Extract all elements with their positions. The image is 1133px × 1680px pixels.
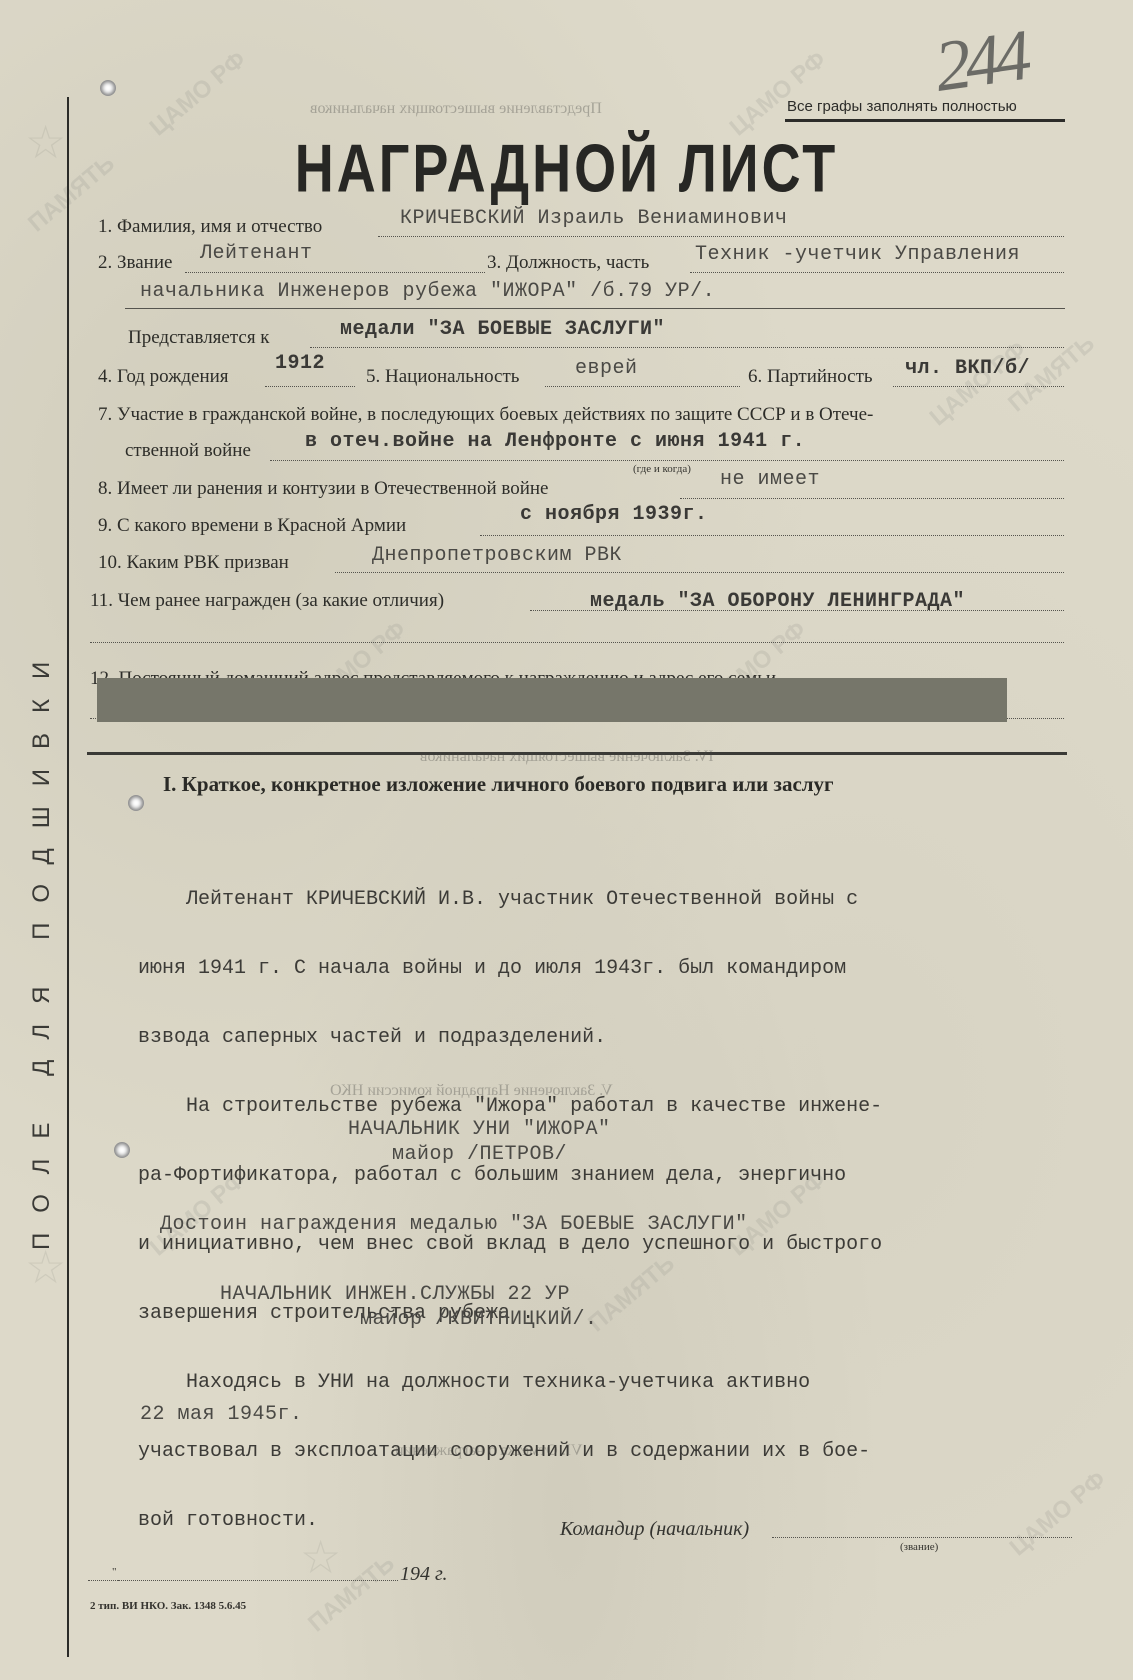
watermark-tsamo: ЦАМО РФ [925, 336, 1032, 432]
fill-instruction: Все графы заполнять полностью [787, 98, 1017, 115]
field-11-line2 [90, 642, 1064, 643]
field-1-label: 1. Фамилия, имя и отчество [98, 216, 322, 238]
field-8-label: 8. Имеет ли ранения и контузии в Отечест… [98, 478, 548, 500]
field-6-line [893, 386, 1064, 387]
field-2-line [185, 272, 485, 273]
field-11-value[interactable]: медаль "ЗА ОБОРОНУ ЛЕНИНГРАДА" [590, 590, 965, 613]
field-9-label: 9. С какого времени в Красной Армии [98, 515, 406, 537]
field-9-value[interactable]: с ноября 1939г. [520, 503, 708, 526]
field-2-label: 2. Звание [98, 252, 172, 274]
nominated-label: Представляется к [128, 327, 270, 349]
field-3-line [690, 272, 1064, 273]
narrative-line: и инициативно, чем внес свой вклад в дел… [138, 1233, 882, 1256]
field-9-line [480, 535, 1064, 536]
narrative-line: июня 1941 г. С начала войны и до июля 19… [138, 957, 882, 980]
field-6-label: 6. Партийность [748, 366, 873, 388]
document-date: 22 мая 1945г. [140, 1403, 303, 1426]
field-3-line2 [125, 308, 1065, 309]
mirrored-bleed-text: VI. Отметка о награждении [395, 1442, 583, 1460]
field-7-value[interactable]: в отеч.войне на Ленфронте с июня 1941 г. [305, 430, 805, 453]
binding-margin-label: ПОЛЕ ДЛЯ ПОДШИВКИ [28, 642, 56, 1250]
signature-2-name: майор /КВИТНИЦКИЙ/. [360, 1308, 598, 1331]
narrative-line: взвода саперных частей и подразделений. [138, 1026, 882, 1049]
field-8-value[interactable]: не имеет [720, 468, 820, 491]
commander-label: Командир (начальник) [560, 1518, 749, 1541]
section-1-heading: I. Краткое, конкретное изложение личного… [163, 772, 834, 797]
redacted-address-block [97, 678, 1007, 722]
date-year-suffix: 194 г. [400, 1563, 448, 1586]
field-7-label: 7. Участие в гражданской войне, в послед… [98, 404, 873, 426]
field-10-value[interactable]: Днепропетровским РВК [372, 544, 622, 567]
signature-1-name: майор /ПЕТРОВ/ [392, 1143, 567, 1166]
mirrored-bleed-text: IV. Заключение вышестоящих начальников [420, 748, 714, 766]
watermark-tsamo: ЦАМО РФ [145, 46, 252, 142]
signature-2-title: НАЧАЛЬНИК ИНЖЕН.СЛУЖБЫ 22 УР [220, 1283, 570, 1306]
field-1-line [378, 236, 1064, 237]
field-4-label: 4. Год рождения [98, 366, 229, 388]
narrative-line: Лейтенант КРИЧЕВСКИЙ И.В. участник Отече… [138, 888, 882, 911]
field-10-line [335, 572, 1064, 573]
mirrored-bleed-text: V. Заключение Наградной комиссии НКО [330, 1082, 613, 1100]
watermark-tsamo: ЦАМО РФ [725, 46, 832, 142]
field-8-line [680, 498, 1064, 499]
rank-hint: (звание) [900, 1541, 938, 1553]
field-3-value[interactable]: Техник -учетчик Управления [695, 243, 1020, 266]
archive-number-handwritten: 244 [930, 14, 1031, 109]
document-title: НАГРАДНОЙ ЛИСТ [0, 130, 1133, 208]
narrative-line: Находясь в УНИ на должности техника-учет… [138, 1371, 882, 1394]
signature-1-title: НАЧАЛЬНИК УНИ "ИЖОРА" [348, 1118, 611, 1141]
commander-line [772, 1537, 1072, 1538]
narrative-line: ра-Фортификатора, работал с большим знан… [138, 1164, 882, 1187]
field-5-line [545, 386, 740, 387]
field-5-label: 5. Национальность [366, 366, 519, 388]
nominated-line [310, 347, 1064, 348]
binding-margin-line [67, 97, 69, 1657]
field-2-value[interactable]: Лейтенант [200, 242, 313, 265]
field-7-label-line2: ственной войне [125, 440, 251, 462]
punch-hole [100, 80, 116, 96]
field-5-value[interactable]: еврей [575, 357, 638, 380]
watermark-pamyat: ПАМЯТЬ [303, 1550, 400, 1638]
punch-hole [128, 795, 144, 811]
field-1-value[interactable]: КРИЧЕВСКИЙ Израиль Вениаминович [400, 207, 788, 230]
date-month-line [118, 1580, 398, 1581]
field-4-line [265, 386, 355, 387]
instruction-underline [785, 119, 1065, 122]
date-quote-mark: " [112, 1566, 117, 1578]
field-4-value[interactable]: 1912 [275, 352, 325, 375]
nominated-value[interactable]: медали "ЗА БОЕВЫЕ ЗАСЛУГИ" [340, 318, 665, 341]
field-11-label: 11. Чем ранее награжден (за какие отличи… [90, 590, 444, 612]
punch-hole [114, 1142, 130, 1158]
field-7-hint: (где и когда) [633, 463, 691, 475]
mirrored-bleed-text: Представление вышестоящих начальников [310, 100, 602, 118]
printer-mark: 2 тип. ВИ НКО. Зак. 1348 5.6.45 [90, 1600, 246, 1612]
narrative-line: вой готовности. [138, 1509, 882, 1532]
field-6-value[interactable]: чл. ВКП/б/ [905, 357, 1030, 380]
field-3-value-line2[interactable]: начальника Инженеров рубежа "ИЖОРА" /б.7… [140, 280, 715, 303]
watermark-tsamo: ЦАМО РФ [1005, 1466, 1112, 1562]
field-7-line [270, 460, 1064, 461]
recommendation-text: Достоин награждения медалью "ЗА БОЕВЫЕ З… [160, 1213, 748, 1236]
field-10-label: 10. Каким РВК призван [98, 552, 289, 574]
field-3-label: 3. Должность, часть [487, 252, 649, 274]
